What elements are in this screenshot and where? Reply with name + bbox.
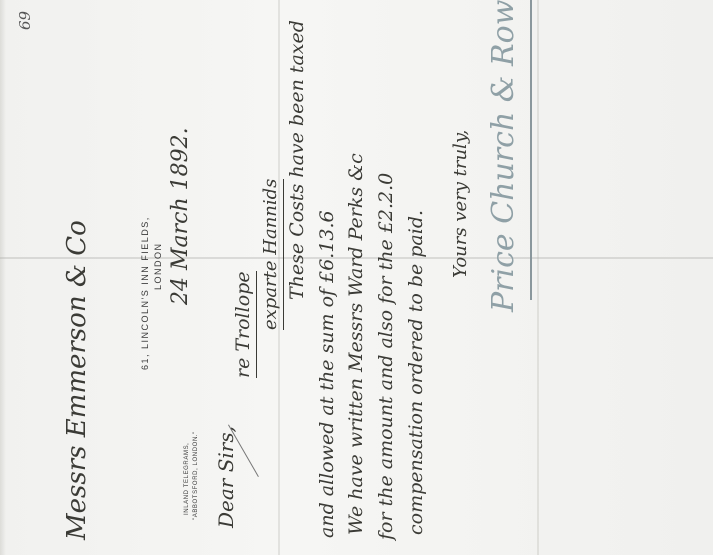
letterhead-address-line1: 61, LINCOLN'S INN FIELDS,: [140, 216, 150, 370]
signature-flourish-line: [530, 0, 532, 300]
body-line-4: for the amount and also for the £2.2.0: [375, 173, 397, 540]
body-line-3: We have written Messrs Ward Perks &c: [345, 153, 367, 535]
subject-line-2: exparte Hannids: [260, 179, 284, 330]
body-line-1: These Costs have been taxed: [286, 20, 308, 300]
letterhead-address-line2: LONDON: [153, 242, 163, 290]
recipient: Messrs Emmerson & Co: [62, 220, 92, 540]
subject-line-1: re Trollope: [232, 271, 257, 378]
letterhead-telegram-line2: "ABBOTSFORD, LONDON.": [193, 431, 199, 520]
paper-edge: [0, 0, 6, 555]
fold-line-vertical: [537, 0, 539, 555]
page-number-mark: 69: [16, 11, 34, 30]
body-line-2: and allowed at the sum of £6.13.6: [316, 210, 338, 538]
letter-page: 69 Messrs Emmerson & Co 61, LINCOLN'S IN…: [0, 0, 713, 555]
closing: Yours very truly,: [450, 130, 471, 278]
signature: Price Church & Rowe: [486, 0, 521, 312]
letter-date: 24 March 1892.: [168, 127, 193, 305]
letterhead-telegram-line1: INLAND TELEGRAMS,: [184, 443, 190, 515]
body-line-5: compensation ordered to be paid.: [405, 210, 427, 535]
salutation: Dear Sirs,: [214, 426, 238, 528]
